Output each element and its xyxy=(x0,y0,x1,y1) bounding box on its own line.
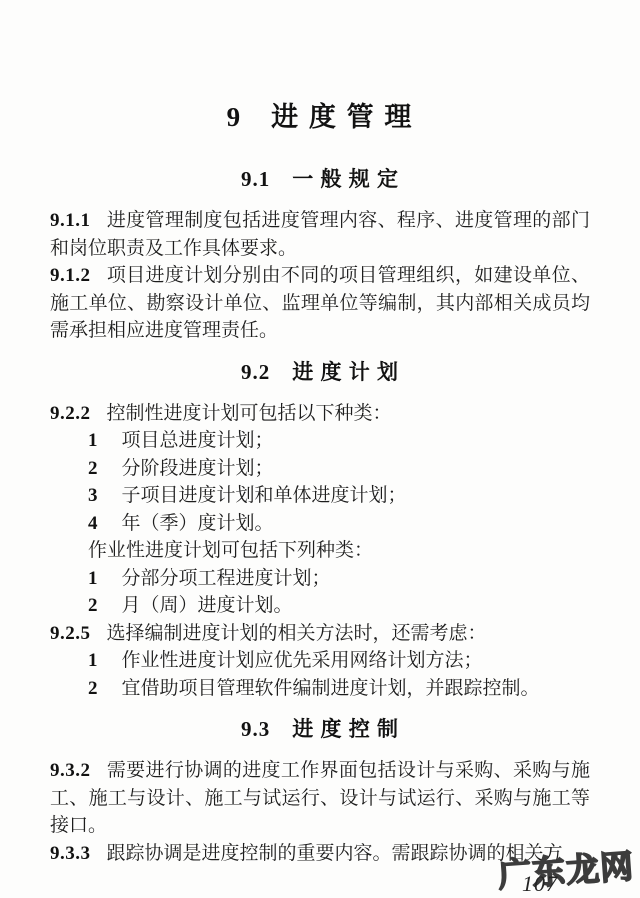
clause-text: 进度管理制度包括进度管理内容、程序、进度管理的部门和岗位职责及工作具体要求。 xyxy=(50,210,590,259)
item-number: 1 xyxy=(88,650,98,671)
item-number: 1 xyxy=(88,568,98,589)
document-page: 9 进 度 管 理 9.1 一 般 规 定 9.1.1进度管理制度包括进度管理内… xyxy=(0,0,640,898)
clause-number: 9.2.2 xyxy=(50,403,91,424)
section-schedule-control: 9.3 进 度 控 制 9.3.2需要进行协调的进度工作界面包括设计与采购、采购… xyxy=(50,716,590,867)
item-text: 项目总进度计划； xyxy=(122,430,274,451)
item-text: 分阶段进度计划； xyxy=(122,458,274,479)
clause-text: 控制性进度计划可包括以下种类： xyxy=(107,403,392,424)
list-item: 1项目总进度计划； xyxy=(50,427,590,455)
clause-note: 作业性进度计划可包括下列种类： xyxy=(50,537,590,565)
list-item: 4年（季）度计划。 xyxy=(50,510,590,538)
list-item: 2宜借助项目管理软件编制进度计划，并跟踪控制。 xyxy=(50,675,590,703)
section-schedule-plan: 9.2 进 度 计 划 9.2.2控制性进度计划可包括以下种类： 1项目总进度计… xyxy=(50,359,590,703)
clause-number: 9.1.2 xyxy=(50,265,91,286)
item-number: 3 xyxy=(88,485,98,506)
section-heading-9-1: 9.1 一 般 规 定 xyxy=(50,166,590,192)
clause-9-1-2: 9.1.2项目进度计划分别由不同的项目管理组织，如建设单位、施工单位、勘察设计单… xyxy=(50,262,590,345)
list-item: 1作业性进度计划应优先采用网络计划方法； xyxy=(50,647,590,675)
clause-number: 9.3.2 xyxy=(50,760,91,781)
clause-9-2-2: 9.2.2控制性进度计划可包括以下种类： xyxy=(50,400,590,428)
item-text: 作业性进度计划应优先采用网络计划方法； xyxy=(122,650,483,671)
item-number: 2 xyxy=(88,595,98,616)
clause-number: 9.2.5 xyxy=(50,623,91,644)
chapter-title: 9 进 度 管 理 xyxy=(50,100,590,134)
watermark-logo: 广东龙网 xyxy=(497,840,636,896)
item-text: 年（季）度计划。 xyxy=(122,513,274,534)
clause-text: 项目进度计划分别由不同的项目管理组织，如建设单位、施工单位、勘察设计单位、监理单… xyxy=(50,265,590,341)
item-text: 分部分项工程进度计划； xyxy=(122,568,331,589)
item-number: 4 xyxy=(88,513,98,534)
section-heading-9-3: 9.3 进 度 控 制 xyxy=(50,716,590,742)
clause-9-3-2: 9.3.2需要进行协调的进度工作界面包括设计与采购、采购与施工、施工与设计、施工… xyxy=(50,757,590,840)
section-general-provisions: 9.1 一 般 规 定 9.1.1进度管理制度包括进度管理内容、程序、进度管理的… xyxy=(50,166,590,345)
clause-text: 选择编制进度计划的相关方法时，还需考虑： xyxy=(107,623,487,644)
list-item: 3子项目进度计划和单体进度计划； xyxy=(50,482,590,510)
item-text: 宜借助项目管理软件编制进度计划，并跟踪控制。 xyxy=(122,678,540,699)
page-number: 107 xyxy=(522,871,558,897)
clause-text: 跟踪协调是进度控制的重要内容。需跟踪协调的相关方 xyxy=(107,843,563,864)
clause-text: 需要进行协调的进度工作界面包括设计与采购、采购与施工、施工与设计、施工与试运行、… xyxy=(50,760,590,836)
section-heading-9-2: 9.2 进 度 计 划 xyxy=(50,359,590,385)
clause-9-2-5: 9.2.5选择编制进度计划的相关方法时，还需考虑： xyxy=(50,620,590,648)
list-item: 2月（周）进度计划。 xyxy=(50,592,590,620)
item-text: 子项目进度计划和单体进度计划； xyxy=(122,485,407,506)
item-text: 月（周）进度计划。 xyxy=(122,595,293,616)
clause-number: 9.3.3 xyxy=(50,843,91,864)
item-number: 2 xyxy=(88,678,98,699)
list-item: 2分阶段进度计划； xyxy=(50,455,590,483)
clause-9-1-1: 9.1.1进度管理制度包括进度管理内容、程序、进度管理的部门和岗位职责及工作具体… xyxy=(50,207,590,262)
list-item: 1分部分项工程进度计划； xyxy=(50,565,590,593)
item-number: 1 xyxy=(88,430,98,451)
clause-number: 9.1.1 xyxy=(50,210,91,231)
item-number: 2 xyxy=(88,458,98,479)
